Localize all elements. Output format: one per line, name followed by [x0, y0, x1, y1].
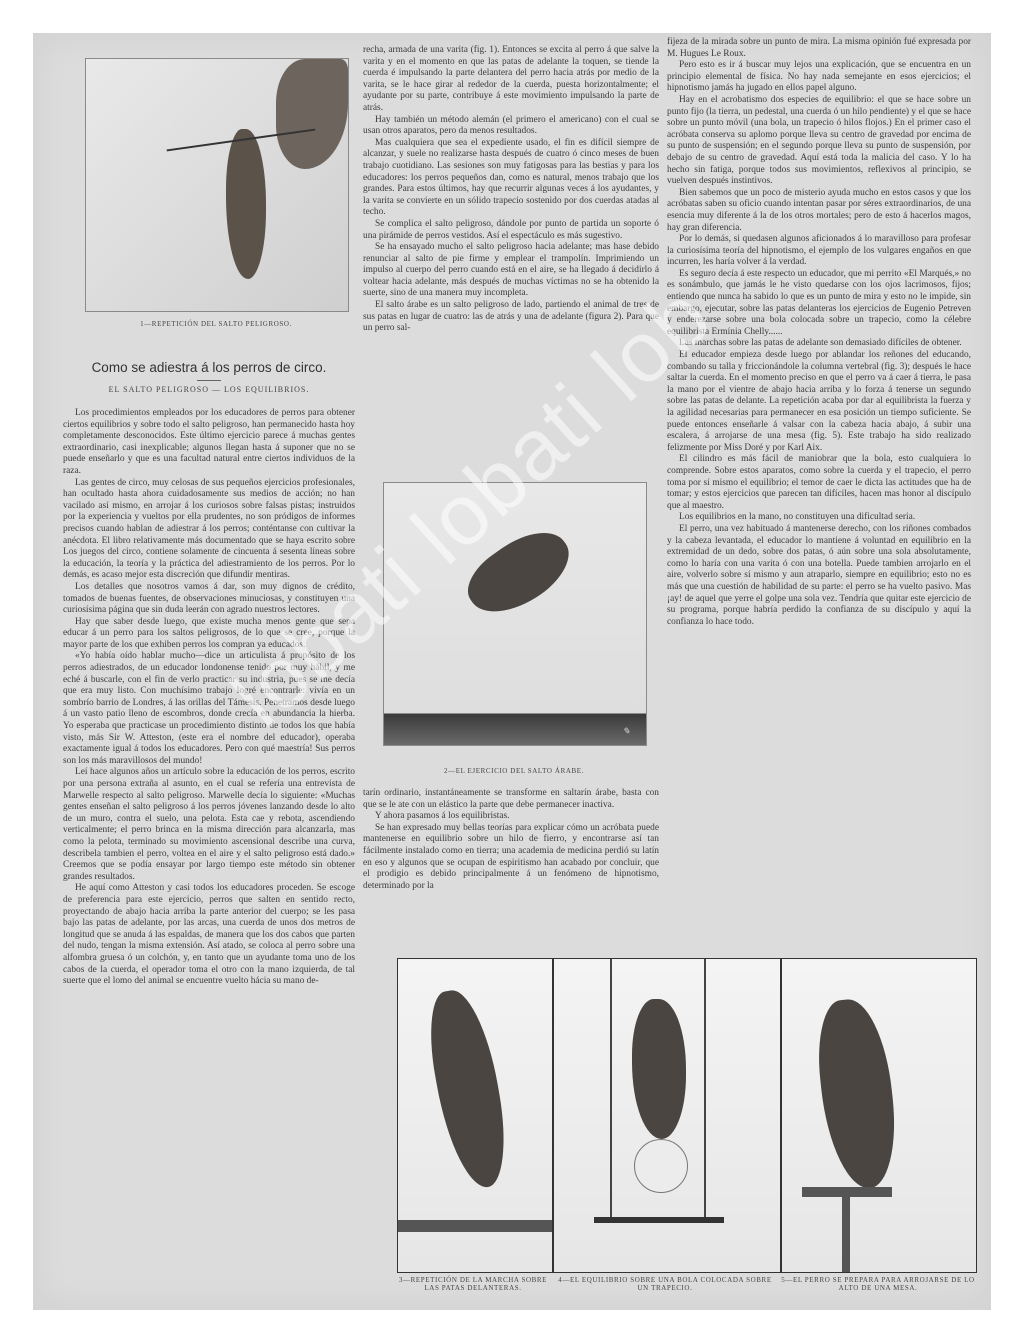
- article-title: Como se adiestra á los perros de circo.: [63, 360, 355, 375]
- paragraph: Mas cualquiera que sea el expediente usa…: [363, 138, 659, 219]
- paragraph: tarín ordinario, instantáneamente se tra…: [363, 788, 659, 811]
- paragraph: recha, armada de una varita (fig. 1). En…: [363, 45, 659, 115]
- dog-shape: [226, 129, 266, 279]
- paragraph: Se ha ensayado mucho el salto peligroso …: [363, 242, 659, 300]
- figure-4-panel: [554, 959, 782, 1272]
- ball-shape: [634, 1139, 688, 1193]
- figure-3-caption: 3—REPETICIÓN DE LA MARCHA SOBRE LAS PATA…: [397, 1276, 549, 1292]
- dog-shape: [812, 996, 901, 1192]
- artist-signature: ✎: [622, 726, 630, 737]
- trainer-shape: [276, 59, 348, 169]
- paragraph: Se han expresado muy bellas teorías para…: [363, 823, 659, 893]
- paragraph: Pero esto es ir á buscar muy lejos una e…: [667, 60, 971, 95]
- trapeze-bar: [594, 1217, 724, 1223]
- paragraph: Los equilibrios en la mano, no constituy…: [667, 512, 971, 524]
- column-2-bottom: tarín ordinario, instantáneamente se tra…: [363, 788, 659, 892]
- figure-5-panel: [782, 959, 976, 1272]
- figure-1-photo: [85, 58, 349, 312]
- dog-shape: [632, 999, 686, 1139]
- table-leg: [842, 1197, 850, 1272]
- table-top: [802, 1187, 892, 1197]
- figure-3-panel: [398, 959, 554, 1272]
- column-2-top: recha, armada de una varita (fig. 1). En…: [363, 45, 659, 335]
- title-rule: [197, 380, 221, 381]
- paragraph: fijeza de la mirada sobre un punto de mi…: [667, 37, 971, 60]
- floor-strip: [398, 1220, 552, 1232]
- paragraph: Los procedimientos empleados por los edu…: [63, 408, 355, 478]
- paragraph: Hay en el acrobatismo dos especies de eq…: [667, 95, 971, 188]
- article-subtitle: EL SALTO PELIGROSO — LOS EQUILIBRIOS.: [63, 385, 355, 394]
- figure-1-caption: 1—REPETICIÓN DEL SALTO PELIGROSO.: [85, 320, 347, 328]
- paragraph: Y ahora pasamos á los equilibristas.: [363, 811, 659, 823]
- paragraph: El educador empieza desde luego por abla…: [667, 350, 971, 454]
- trapeze-rope-left: [610, 959, 612, 1219]
- trapeze-rope-right: [704, 959, 706, 1219]
- paragraph: El perro, una vez habituado á mantenerse…: [667, 524, 971, 628]
- figure-4-caption: 4—EL EQUILIBRIO SOBRE UNA BOLA COLOCADA …: [553, 1276, 777, 1292]
- paragraph: Hay también un método alemán (el primero…: [363, 115, 659, 138]
- figure-2-caption: 2—EL EJERCICIO DEL SALTO ÁRABE.: [383, 767, 645, 775]
- figure-5-caption: 5—EL PERRO SE PREPARA PARA ARROJARSE DE …: [781, 1276, 975, 1292]
- dog-shape: [421, 985, 515, 1192]
- paragraph: Las gentes de circo, muy celosas de sus …: [63, 478, 355, 582]
- paragraph: El cilindro es más fácil de maniobrar qu…: [667, 454, 971, 512]
- paragraph: Leí hace algunos años un artículo sobre …: [63, 767, 355, 883]
- paragraph: He aquí como Atteston y casi todos los e…: [63, 883, 355, 987]
- paragraph: Por lo demás, si quedasen algunos aficio…: [667, 234, 971, 269]
- newspaper-page: 1—REPETICIÓN DEL SALTO PELIGROSO. Como s…: [33, 33, 991, 1310]
- paragraph: Se complica el salto peligroso, dándole …: [363, 219, 659, 242]
- figures-3-5-strip: [397, 958, 977, 1273]
- paragraph: Bien sabemos que un poco de misterio ayu…: [667, 188, 971, 234]
